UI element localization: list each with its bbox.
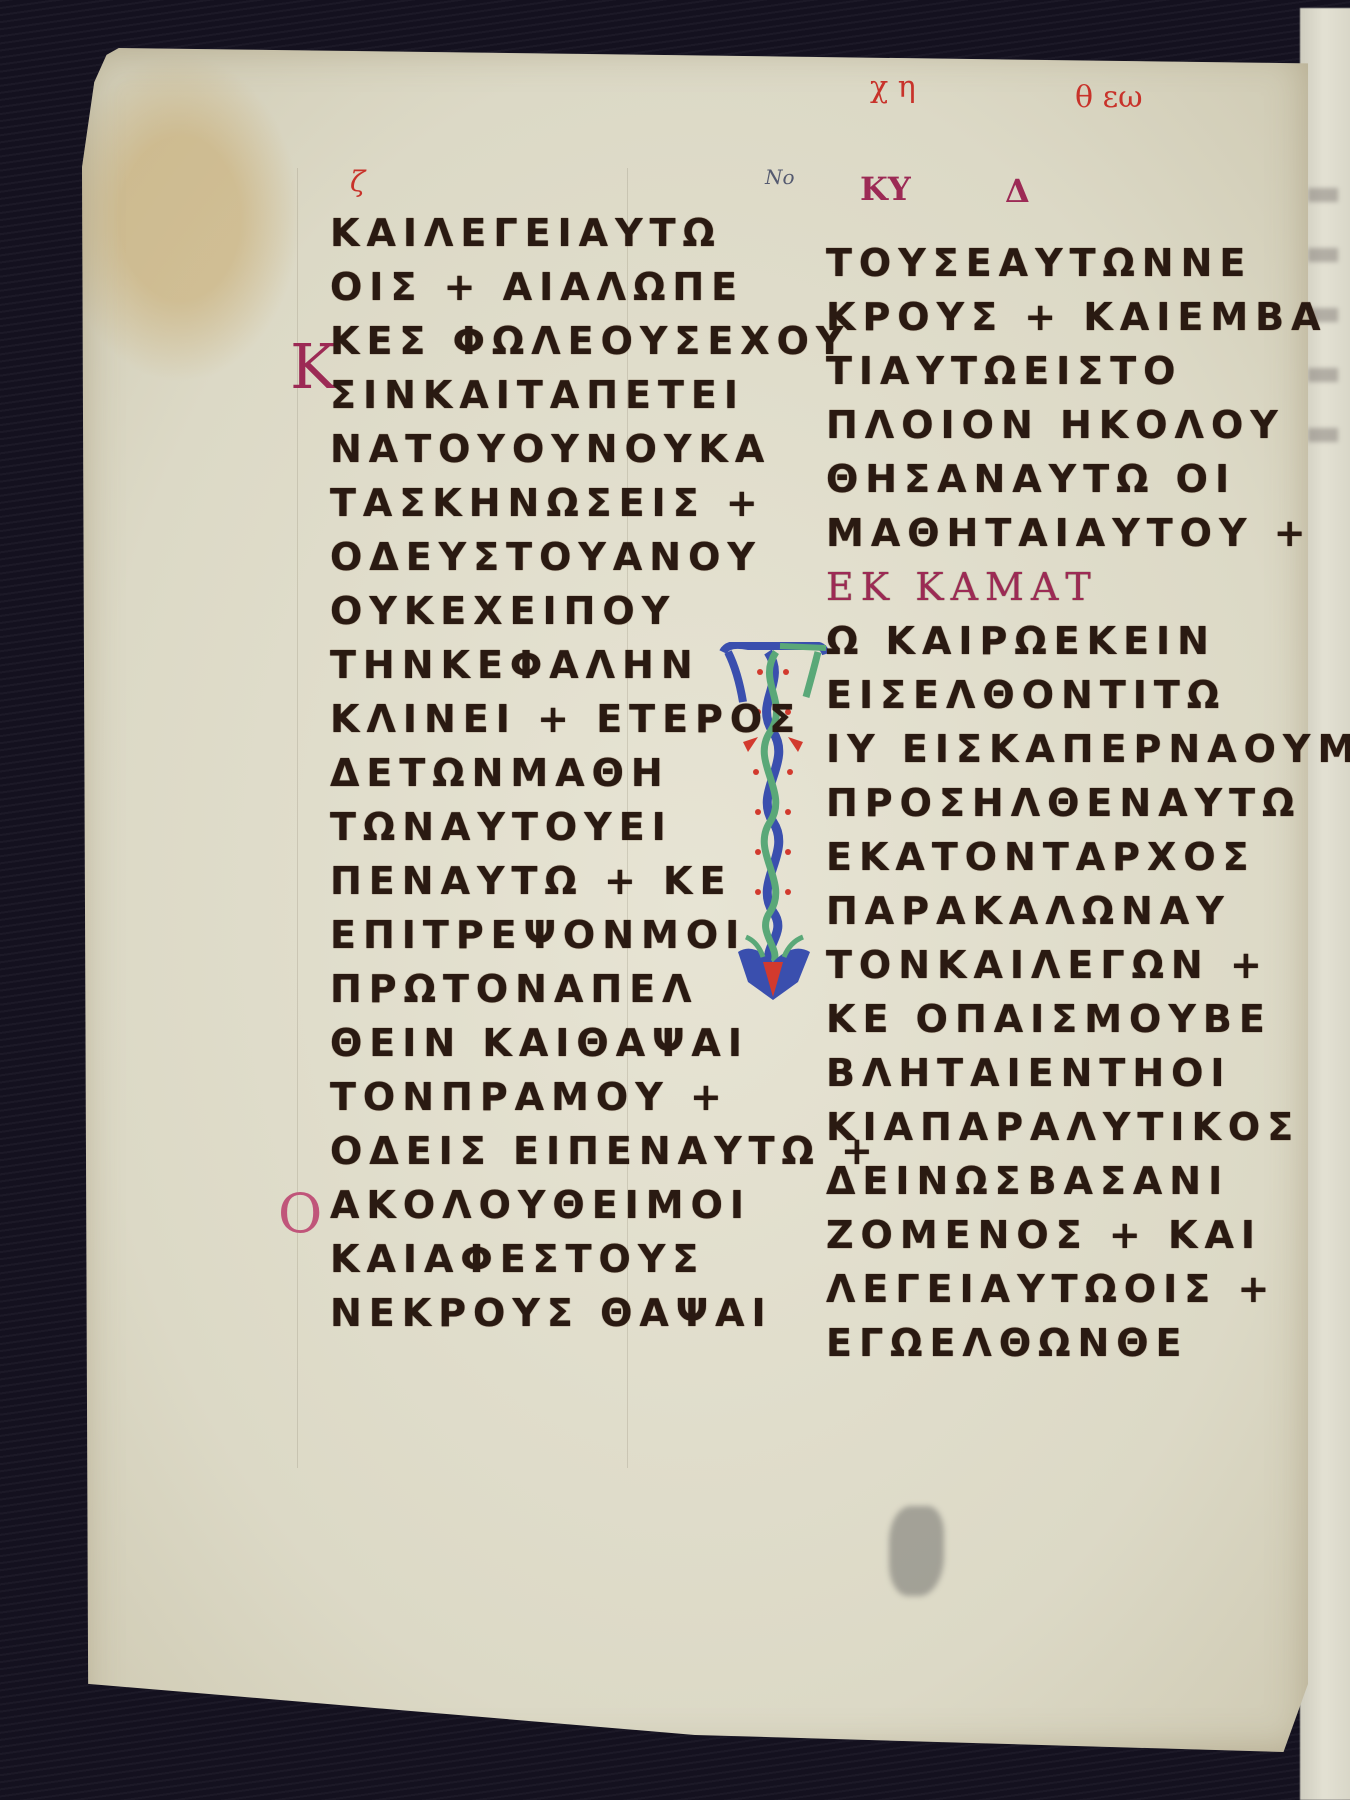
text-line: ΖΟΜΕΝΟΣ + ΚΑΙ [826, 1208, 1266, 1262]
text-line: ΟΙΣ + ΑΙΑΛΩΠΕ [330, 260, 710, 314]
text-line: ΔΕΙΝΩΣΒΑΣΑΝΙ [826, 1154, 1266, 1208]
rubric-initial-o: Ο [278, 1182, 322, 1245]
text-line: ΠΛΟΙΟΝ ΗΚΟΛΟΥ [826, 398, 1266, 452]
text-line: ΘΕΙΝ ΚΑΙΘΑΨΑΙ [330, 1016, 710, 1070]
text-line: ΠΑΡΑΚΑΛΩΝΑΥ [826, 884, 1266, 938]
text-line: ΝΕΚΡΟΥΣ ΘΑΨΑΙ [330, 1286, 710, 1340]
text-line: ΤΟΥΣΕΑΥΤΩΝΝΕ [826, 236, 1266, 290]
pencil-folio-number: No [765, 165, 795, 189]
text-column-right: ΤΟΥΣΕΑΥΤΩΝΝΕ ΚΡΟΥΣ + ΚΑΙΕΜΒΑ ΤΙΑΥΤΩΕΙΣΤΟ… [826, 236, 1266, 1370]
text-line: ΤΟΝΚΑΙΛΕΓΩΝ + [826, 938, 1266, 992]
text-line: ΤΙΑΥΤΩΕΙΣΤΟ [826, 344, 1266, 398]
text-line: ΝΑΤΟΥΟΥΝΟΥΚΑ [330, 422, 710, 476]
text-line: ΣΙΝΚΑΙΤΑΠΕΤΕΙ [330, 368, 710, 422]
rubric-heading: ΕΚ ΚΑΜΑΤ [826, 560, 1266, 614]
text-line: ΒΛΗΤΑΙΕΝΤΗΟΙ [826, 1046, 1266, 1100]
text-line: ΕΙΣΕΛΘΟΝΤΙΤΩ [826, 668, 1266, 722]
text-line: ΟΥΚΕΧΕΙΠΟΥ [330, 584, 710, 638]
text-line: ΠΡΟΣΗΛΘΕΝΑΥΤΩ [826, 776, 1266, 830]
text-line: ΤΩΝΑΥΤΟΥΕΙ [330, 800, 710, 854]
text-line: ΚΛΙΝΕΙ + ΕΤΕΡΟΣ [330, 692, 710, 746]
text-line: ΙΥ ΕΙΣΚΑΠΕΡΝΑΟΥΜ [826, 722, 1266, 776]
text-line: Ω ΚΑΙΡΩΕΚΕΙΝ [826, 614, 1266, 668]
text-line: ΠΡΩΤΟΝΑΠΕΛ [330, 962, 710, 1016]
text-line: ΚΙΑΠΑΡΑΛΥΤΙΚΟΣ [826, 1100, 1266, 1154]
text-line: ΤΗΝΚΕΦΑΛΗΝ [330, 638, 710, 692]
text-line: ΑΚΟΛΟΥΘΕΙΜΟΙ [330, 1178, 710, 1232]
text-line: ΛΕΓΕΙΑΥΤΩΟΙΣ + [826, 1262, 1266, 1316]
text-line: ΚΕ ΟΠΑΙΣΜΟΥΒΕ [826, 992, 1266, 1046]
text-line: ΕΠΙΤΡΕΨΟΝΜΟΙ [330, 908, 710, 962]
text-line: ΚΡΟΥΣ + ΚΑΙΕΜΒΑ [826, 290, 1266, 344]
text-line: ΚΕΣ ΦΩΛΕΟΥΣΕΧΟΥ [330, 314, 710, 368]
running-title-left: ΚΥ [860, 170, 911, 208]
text-line: ΕΓΩΕΛΘΩΝΘΕ [826, 1316, 1266, 1370]
margin-note-theta-epsilon-omega: θ εω [1075, 80, 1143, 115]
text-line: ΟΔΕΙΣ ΕΙΠΕΝΑΥΤΩ + [330, 1124, 710, 1178]
text-line: ΔΕΤΩΝΜΑΘΗ [330, 746, 710, 800]
ink-stain [889, 1506, 944, 1596]
running-title-right: Δ [1005, 172, 1030, 210]
text-line: ΜΑΘΗΤΑΙΑΥΤΟΥ + [826, 506, 1266, 560]
text-line: ΟΔΕΥΣΤΟΥΑΝΟΥ [330, 530, 710, 584]
marginal-marker-zeta: ζ [350, 165, 365, 198]
text-line: ΤΑΣΚΗΝΩΣΕΙΣ + [330, 476, 710, 530]
text-line: ΤΟΝΠΡΑΜΟΥ + [330, 1070, 710, 1124]
text-column-left: ΚΑΙΛΕΓΕΙΑΥΤΩ ΟΙΣ + ΑΙΑΛΩΠΕ ΚΕΣ ΦΩΛΕΟΥΣΕΧ… [330, 206, 710, 1340]
text-line: ΠΕΝΑΥΤΩ + ΚΕ [330, 854, 710, 908]
text-line: ΘΗΣΑΝΑΥΤΩ ΟΙ [826, 452, 1266, 506]
text-line: ΕΚΑΤΟΝΤΑΡΧΟΣ [826, 830, 1266, 884]
text-line: ΚΑΙΑΦΕΣΤΟΥΣ [330, 1232, 710, 1286]
margin-note-chi: χ η [870, 70, 916, 105]
text-line: ΚΑΙΛΕΓΕΙΑΥΤΩ [330, 206, 710, 260]
